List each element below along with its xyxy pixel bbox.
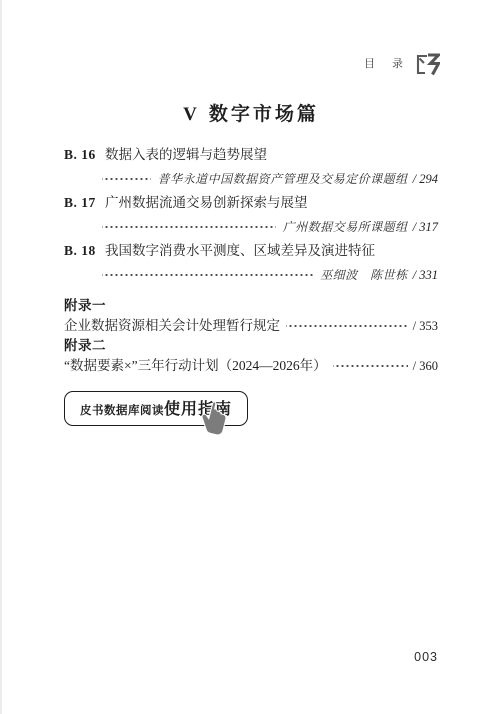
appendix-page-number: / 360 (408, 356, 438, 376)
entry-authors: 巫细波 陈世栋 (313, 263, 413, 287)
running-head: 目 录 (364, 50, 440, 78)
toc-entry-title-row: B. 18 我国数字消费水平测度、区域差异及演进特征 (64, 239, 438, 263)
appendix-heading: 附录一 (64, 296, 438, 316)
appendix-title: “数据要素×”三年行动计划（2024—2026年） (64, 356, 333, 376)
part-title-text: 数字市场篇 (209, 104, 319, 125)
appendix-section: 附录一 企业数据资源相关会计处理暂行规定 / 353 附录二 “数据要素×”三年… (64, 296, 438, 376)
entry-title: 数据入表的逻辑与趋势展望 (105, 143, 267, 167)
appendix-entry-row: 企业数据资源相关会计处理暂行规定 / 353 (64, 316, 438, 336)
dot-leader (102, 167, 151, 191)
toc-entry-author-row: 普华永道中国数据资产管理及交易定价课题组 / 294 (64, 167, 438, 191)
appendix-page-number: / 353 (408, 316, 438, 336)
running-head-label: 目 录 (364, 51, 406, 77)
appendix-title: 企业数据资源相关会计处理暂行规定 (64, 316, 286, 336)
part-title: V数字市场篇 (2, 99, 500, 126)
toc-entry-title-row: B. 16 数据入表的逻辑与趋势展望 (64, 143, 438, 167)
hand-cursor-icon (197, 400, 231, 440)
toc-entry-author-row: 广州数据交易所课题组 / 317 (64, 215, 438, 239)
entry-title: 我国数字消费水平测度、区域差异及演进特征 (105, 239, 375, 263)
entry-number: B. 18 (64, 239, 105, 263)
dot-leader (286, 316, 408, 336)
dot-leader (102, 215, 276, 239)
part-numeral: V (183, 104, 197, 125)
publisher-logo-icon (413, 50, 440, 78)
dot-leader (333, 356, 408, 376)
folio-page-number: 003 (414, 650, 438, 664)
book-toc-page: 目 录 V数字市场篇 B. 16 数据入表的逻辑与趋势展望 普华永道中国数据资产… (0, 0, 500, 714)
appendix-heading: 附录二 (64, 336, 438, 356)
entry-number: B. 17 (64, 191, 105, 215)
guide-prefix-label: 皮书数据库阅读 (80, 402, 164, 418)
entry-title: 广州数据流通交易创新探索与展望 (105, 191, 308, 215)
toc-entry-title-row: B. 17 广州数据流通交易创新探索与展望 (64, 191, 438, 215)
toc-entries: B. 16 数据入表的逻辑与趋势展望 普华永道中国数据资产管理及交易定价课题组 … (64, 143, 438, 287)
entry-page-number: / 331 (413, 263, 438, 287)
database-guide: 皮书数据库阅读 使用指南 (64, 391, 248, 426)
entry-authors: 广州数据交易所课题组 (276, 215, 413, 239)
entry-number: B. 16 (64, 143, 105, 167)
entry-page-number: / 317 (413, 215, 438, 239)
dot-leader (102, 263, 313, 287)
toc-entry-author-row: 巫细波 陈世栋 / 331 (64, 263, 438, 287)
entry-page-number: / 294 (413, 167, 438, 191)
entry-authors: 普华永道中国数据资产管理及交易定价课题组 (151, 167, 413, 191)
appendix-entry-row: “数据要素×”三年行动计划（2024—2026年） / 360 (64, 356, 438, 376)
